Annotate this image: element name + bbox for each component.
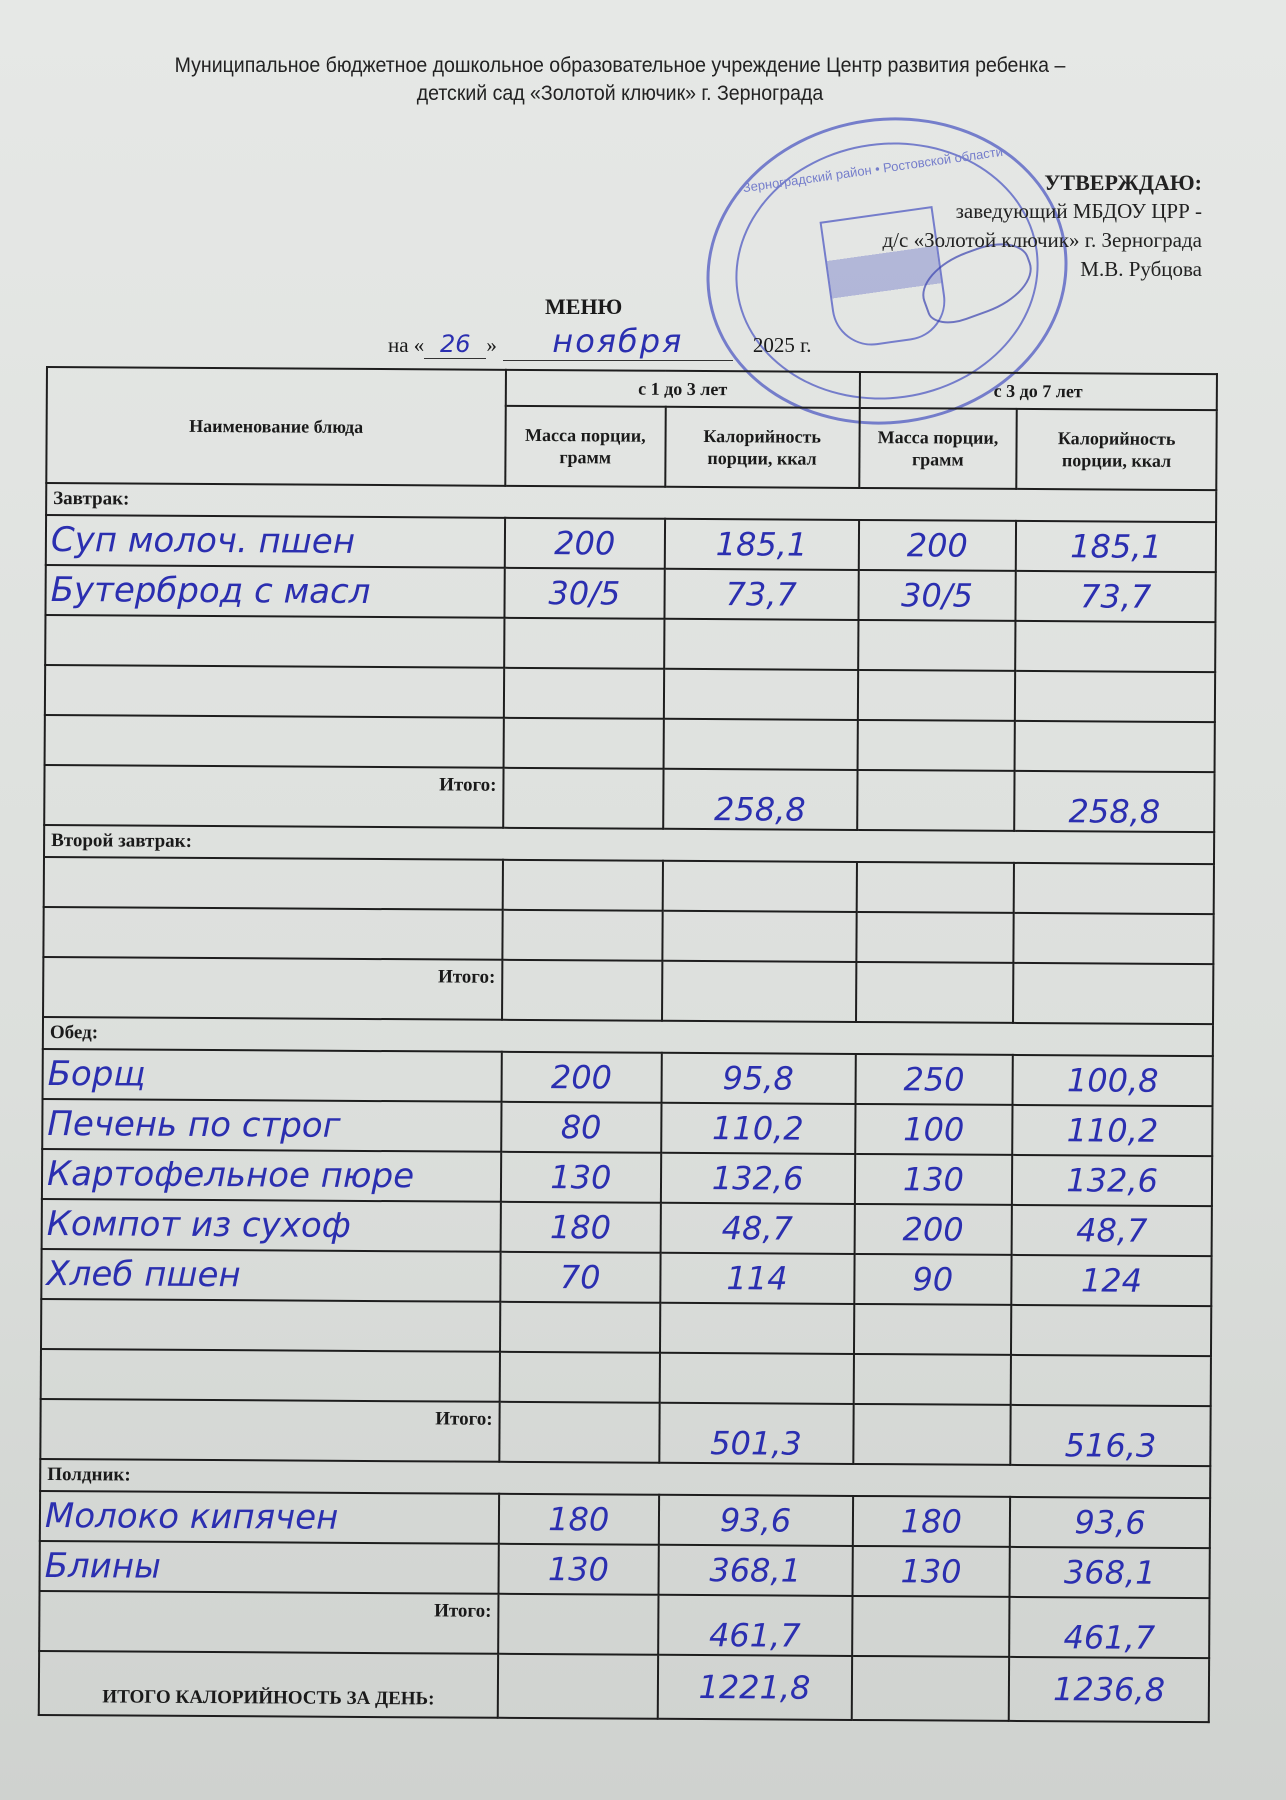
portion-mass [502,910,662,961]
table-row [45,615,1215,672]
section-total-row: Итого: [43,957,1213,1024]
column-calories-2: Калорийность порции, ккал [1016,409,1216,490]
portion-calories: 93,6 [1010,1497,1210,1548]
portion-mass: 130 [852,1546,1010,1597]
dish-name: Картофельное пюре [42,1149,501,1202]
portion-calories: 110,2 [1012,1105,1212,1156]
dish-name: Блины [40,1541,499,1594]
empty-cell [498,1654,658,1719]
portion-calories [662,911,856,962]
organization-name: Муниципальное бюджетное дошкольное образ… [90,52,1150,108]
table-row: Молоко кипячен18093,618093,6 [40,1491,1210,1548]
dish-name: Молоко кипячен [40,1491,499,1544]
portion-calories: 100,8 [1013,1055,1213,1106]
total-calories-3-7: 461,7 [1009,1597,1209,1658]
portion-mass: 130 [855,1154,1013,1205]
dish-name: Бутерброд с масл [45,565,504,618]
total-calories-3-7: 258,8 [1014,771,1214,832]
approval-organization: д/с «Золотой ключик» г. Зернограда [882,226,1202,255]
portion-calories: 73,7 [1016,571,1216,622]
empty-cell [856,962,1014,1023]
column-dish-name: Наименование блюда [46,367,506,486]
empty-cell [852,1596,1010,1657]
organization-line-2: детский сад «Золотой ключик» г. Зерногра… [90,80,1150,108]
portion-mass [500,1352,660,1403]
portion-mass [857,670,1015,721]
table-row [41,1349,1211,1406]
table-row [45,715,1215,772]
portion-calories: 110,2 [661,1103,855,1154]
table-row [45,665,1215,722]
total-label: Итого: [39,1591,498,1654]
portion-mass: 180 [499,1494,659,1545]
table-row: Печень по строг80110,2100110,2 [42,1099,1212,1156]
portion-calories: 132,6 [1012,1155,1212,1206]
approval-signatory: М.В. Рубцова [882,255,1202,284]
portion-calories: 185,1 [664,519,858,570]
table-row: Компот из сухоф18048,720048,7 [42,1199,1212,1256]
section-total-row: Итого:258,8258,8 [44,765,1214,832]
section-total-row: Итого:501,3516,3 [40,1399,1210,1466]
dish-name [44,857,503,910]
portion-mass: 30/5 [505,568,665,619]
portion-calories [1011,1305,1211,1356]
portion-mass [856,862,1014,913]
table-row: Блины130368,1130368,1 [40,1541,1210,1598]
portion-calories: 124 [1011,1255,1211,1306]
table-row: Суп молоч. пшен200185,1200185,1 [46,515,1216,572]
dish-name: Печень по строг [42,1099,501,1152]
portion-calories [1015,621,1215,672]
table-row [43,907,1213,964]
table-row: Борщ20095,8250100,8 [43,1049,1213,1106]
empty-cell [498,1594,658,1655]
portion-mass [854,1304,1012,1355]
date-month: ноября [503,322,733,361]
column-calories-1: Калорийность порции, ккал [665,407,860,488]
table-row [44,857,1214,914]
portion-mass: 250 [855,1054,1013,1105]
portion-calories: 132,6 [660,1153,854,1204]
menu-title: МЕНЮ [545,294,622,320]
empty-cell [499,1402,659,1463]
portion-mass: 130 [501,1152,661,1203]
table-row: Хлеб пшен7011490124 [41,1249,1211,1306]
empty-cell [853,1404,1011,1465]
portion-mass [856,912,1014,963]
section-total-row: Итого:461,7461,7 [39,1591,1209,1658]
total-calories-1-3: 461,7 [658,1595,852,1656]
dish-name: Хлеб пшен [41,1249,500,1302]
total-calories-1-3 [662,961,856,1022]
total-calories-3-7: 516,3 [1010,1405,1210,1466]
organization-line-1: Муниципальное бюджетное дошкольное образ… [90,52,1150,80]
portion-calories [659,1353,853,1404]
portion-calories [1011,1355,1211,1406]
portion-calories: 185,1 [1016,521,1216,572]
empty-cell [502,960,662,1021]
empty-cell [851,1656,1009,1721]
portion-calories: 73,7 [664,569,858,620]
portion-mass: 90 [854,1254,1012,1305]
dish-name [45,715,504,768]
empty-cell [857,770,1015,831]
portion-mass [858,620,1016,671]
portion-calories: 95,8 [661,1053,855,1104]
table-row: Картофельное пюре130132,6130132,6 [42,1149,1212,1206]
empty-cell [503,768,663,829]
total-label: Итого: [40,1399,499,1462]
portion-calories [1015,671,1215,722]
total-label: Итого: [44,765,503,828]
portion-calories: 114 [660,1253,854,1304]
grand-total-row: ИТОГО КАЛОРИЙНОСТЬ ЗА ДЕНЬ:1221,81236,8 [39,1651,1209,1722]
column-mass-1: Масса порции, грамм [505,406,665,487]
portion-mass [857,720,1015,771]
portion-calories: 48,7 [660,1203,854,1254]
portion-mass [504,618,664,669]
approval-block: УТВЕРЖДАЮ: заведующий МБДОУ ЦРР - д/с «З… [882,168,1202,284]
dish-name [45,615,504,668]
portion-mass: 70 [500,1252,660,1303]
dish-name: Суп молоч. пшен [46,515,505,568]
portion-calories: 48,7 [1012,1205,1212,1256]
column-group-3-7: с 3 до 7 лет [859,372,1217,410]
table-row [41,1299,1211,1356]
column-mass-2: Масса порции, грамм [859,408,1017,489]
portion-mass [853,1354,1011,1405]
grand-total-label: ИТОГО КАЛОРИЙНОСТЬ ЗА ДЕНЬ: [39,1651,498,1718]
total-calories-1-3: 258,8 [663,769,857,830]
total-label: Итого: [43,957,502,1020]
portion-mass [500,1302,660,1353]
portion-mass [503,860,663,911]
total-calories-3-7 [1013,963,1213,1024]
dish-name: Борщ [43,1049,502,1102]
portion-mass: 200 [502,1052,662,1103]
portion-calories: 93,6 [658,1495,852,1546]
table-row: Бутерброд с масл30/573,730/573,7 [45,565,1215,622]
portion-mass: 80 [501,1102,661,1153]
portion-mass: 180 [501,1202,661,1253]
date-year: 2025 г. [753,333,812,357]
portion-mass [504,718,664,769]
portion-mass: 180 [852,1496,1010,1547]
portion-mass [504,668,664,719]
grand-total-3-7: 1236,8 [1009,1657,1209,1722]
date-day: 26 [424,330,486,359]
portion-calories [664,619,858,670]
portion-mass: 200 [505,518,665,569]
portion-mass: 200 [858,520,1016,571]
approval-position: заведующий МБДОУ ЦРР - [882,197,1202,226]
dish-name [45,665,504,718]
portion-mass: 30/5 [858,570,1016,621]
grand-total-1-3: 1221,8 [657,1655,852,1720]
date-mid: » [486,333,497,357]
portion-calories [1014,913,1214,964]
portion-mass: 130 [499,1544,659,1595]
approval-title: УТВЕРЖДАЮ: [882,168,1202,197]
portion-calories [662,861,856,912]
portion-calories: 368,1 [1010,1547,1210,1598]
portion-calories [1015,721,1215,772]
portion-calories [663,719,857,770]
dish-name [41,1349,500,1402]
portion-calories [663,669,857,720]
portion-mass: 200 [854,1204,1012,1255]
portion-calories [1014,863,1214,914]
column-group-1-3: с 1 до 3 лет [506,370,860,408]
portion-mass: 100 [855,1104,1013,1155]
menu-body: Завтрак:Суп молоч. пшен200185,1200185,1Б… [39,483,1217,1722]
total-calories-1-3: 501,3 [659,1403,853,1464]
dish-name: Компот из сухоф [42,1199,501,1252]
portion-calories: 368,1 [658,1545,852,1596]
menu-date: на «26»ноября2025 г. [388,322,812,361]
dish-name [41,1299,500,1352]
date-prefix: на « [388,333,424,357]
menu-table: Наименование блюда с 1 до 3 лет с 3 до 7… [38,366,1218,1723]
portion-calories [659,1303,853,1354]
dish-name [43,907,502,960]
